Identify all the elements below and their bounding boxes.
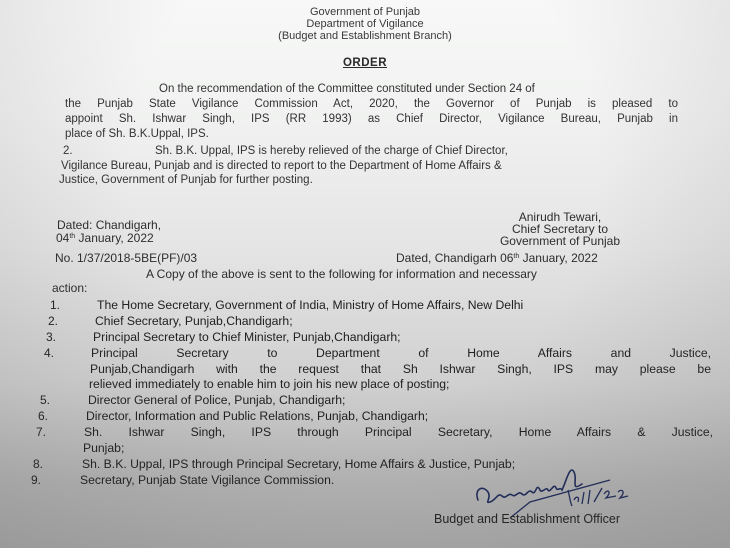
reference-date-suffix: th bbox=[513, 253, 519, 260]
header-branch: (Budget and Establishment Branch) bbox=[200, 30, 530, 42]
list-item: relieved immediately to enable him to jo… bbox=[89, 376, 449, 392]
list-item-number: 4. bbox=[44, 346, 54, 360]
dated-month-year: January, 2022 bbox=[75, 231, 154, 245]
order-title: ORDER bbox=[200, 57, 530, 69]
reference-date-rest: January, 2022 bbox=[519, 251, 598, 265]
header-government: Government of Punjab bbox=[200, 6, 530, 18]
header-department: Department of Vigilance bbox=[200, 18, 530, 30]
list-item: The Home Secretary, Government of India,… bbox=[97, 297, 523, 313]
paragraph-2-line: Justice, Government of Punjab for furthe… bbox=[59, 173, 313, 189]
list-item-number: 7. bbox=[36, 425, 46, 439]
paragraph-2-line: Sh. B.K. Uppal, IPS is hereby relieved o… bbox=[155, 144, 508, 160]
list-item-number: 6. bbox=[38, 409, 48, 423]
list-item: Principal Secretary to Chief Minister, P… bbox=[93, 329, 401, 345]
paragraph-1-line: place of Sh. B.K.Uppal, IPS. bbox=[65, 127, 209, 143]
dated-day: 04 bbox=[56, 231, 69, 245]
list-item: Director General of Police, Punjab, Chan… bbox=[88, 392, 345, 408]
list-item-number: 5. bbox=[40, 393, 50, 407]
list-item: Punjab; bbox=[83, 440, 124, 456]
list-item-number: 8. bbox=[33, 457, 43, 471]
dated-day-suffix: th bbox=[69, 233, 75, 240]
paragraph-2-number: 2. bbox=[63, 144, 73, 160]
reference-date: Dated, Chandigarh 06th January, 2022 bbox=[396, 251, 598, 266]
list-item-number: 3. bbox=[46, 330, 56, 344]
list-item-number: 2. bbox=[48, 314, 58, 328]
copy-intro-line: A Copy of the above is sent to the follo… bbox=[146, 267, 537, 282]
dated-date: 04th January, 2022 bbox=[56, 231, 154, 246]
list-item: Sh. B.K. Uppal, IPS through Principal Se… bbox=[82, 456, 515, 472]
list-item: Director, Information and Public Relatio… bbox=[86, 408, 428, 424]
signatory-office: Government of Punjab bbox=[440, 234, 680, 249]
list-item-number: 1. bbox=[50, 298, 60, 312]
list-item: Secretary, Punjab State Vigilance Commis… bbox=[80, 472, 334, 488]
copy-intro-line: action: bbox=[52, 281, 87, 296]
list-item-number: 9. bbox=[31, 473, 41, 487]
paragraph-1-line: On the recommendation of the Committee c… bbox=[159, 82, 535, 98]
reference-number: No. 1/37/2018-5BE(PF)/03 bbox=[55, 251, 197, 266]
signature-designation: Budget and Establishment Officer bbox=[434, 511, 620, 527]
list-item: Sh. Ishwar Singh, IPS through Principal … bbox=[84, 424, 713, 456]
reference-date-prefix: Dated, Chandigarh 06 bbox=[396, 251, 513, 265]
order-title-text: ORDER bbox=[343, 57, 387, 69]
list-item: Chief Secretary, Punjab,Chandigarh; bbox=[95, 313, 293, 329]
